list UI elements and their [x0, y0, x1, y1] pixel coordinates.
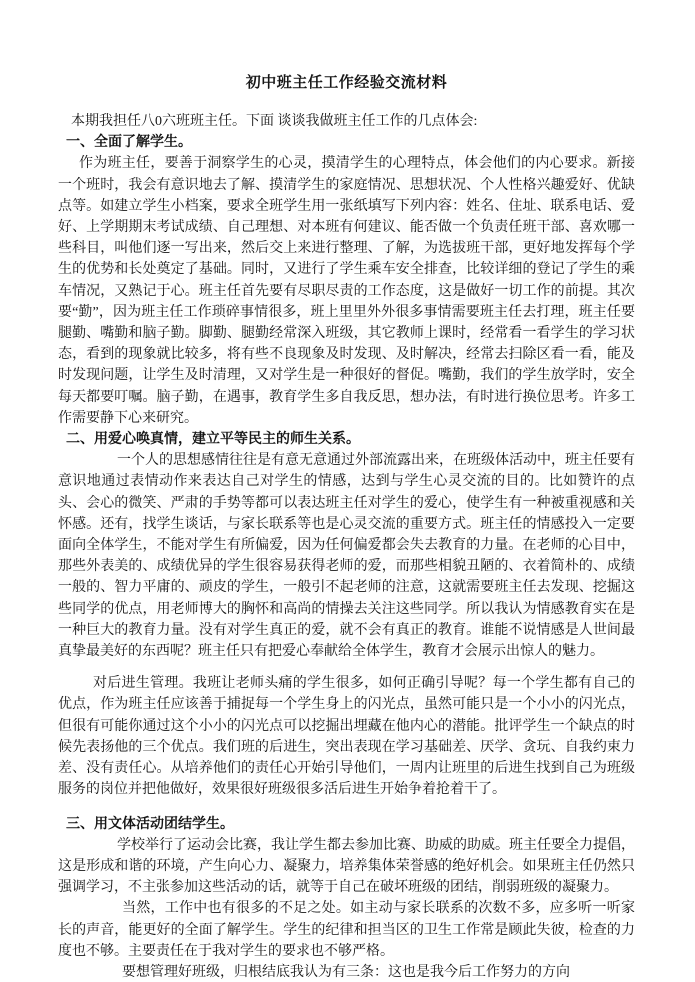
section-3-paragraph: 学校举行了运动会比赛，我让学生都去参加比赛、助威的助威。班主任要全力提倡，这是形…: [58, 835, 635, 899]
document-title: 初中班主任工作经验交流材料: [58, 72, 635, 95]
section-2-paragraph: 一个人的思想感情往往是有意无意通过外部流露出来，在班级体活动中，班主任要有意识地…: [58, 450, 635, 662]
section-1-paragraph: 作为班主任，要善于洞察学生的心灵，摸清学生的心理特点，体会他们的内心要求。新接一…: [58, 153, 635, 429]
underachiever-management-paragraph: 对后进生管理。我班让老师头痛的学生很多，如何正确引导呢？每一个学生都有自己的优点…: [58, 673, 635, 800]
section-heading-2: 二、用爱心唤真情，建立平等民主的师生关系。: [58, 429, 635, 450]
intro-paragraph: 本期我担任八0六班班主任。下面 谈谈我做班主任工作的几点体会:: [58, 111, 635, 132]
shortcomings-paragraph: 当然，工作中也有很多的不足之处。如主动与家长联系的次数不多，应多听一听家长的声音…: [58, 898, 635, 962]
section-heading-1: 一、全面了解学生。: [58, 132, 635, 153]
closing-paragraph: 要想管理好班级，归根结底我认为有三条：这也是我今后工作努力的方向: [58, 962, 635, 982]
document-page: 初中班主任工作经验交流材料 本期我担任八0六班班主任。下面 谈谈我做班主任工作的…: [0, 0, 695, 982]
section-heading-3: 三、用文体活动团结学生。: [58, 814, 635, 835]
